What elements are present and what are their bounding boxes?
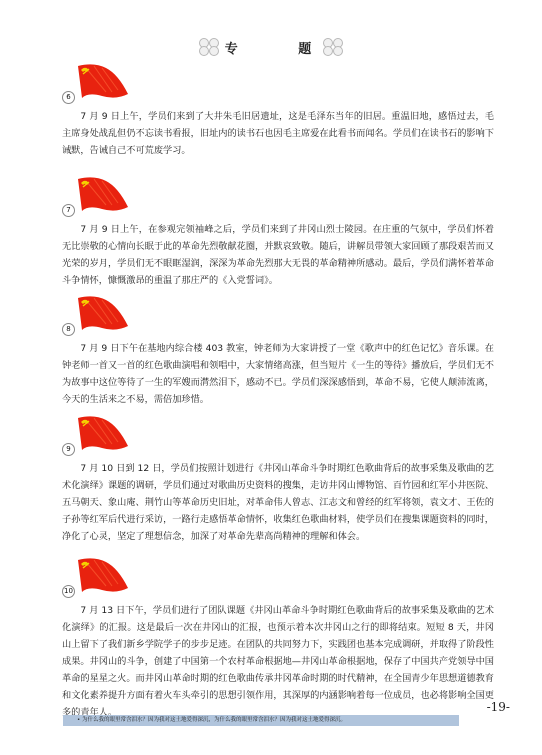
section-header: 专 题 [0,36,542,58]
entry-8: 8 7 月 9 日下午在基地内综合楼 403 教室，钟老师为大家讲授了一堂《歌声… [62,294,494,408]
section-title: 专 题 [225,38,340,57]
entry-number-badge: 9 [62,443,75,456]
footer-quote-bar: • 为什么我的眼里常含泪水？因为我对这土地爱得深沉，为什么我的眼里常含泪水？因为… [63,715,459,726]
entry-number-badge: 7 [62,204,75,217]
red-flag-icon [76,294,131,332]
entry-7: 7 7 月 9 日上午，在参观完领袖峰之后，学员们来到了井冈山烈士陵园。在庄重的… [62,175,494,289]
entry-paragraph: 7 月 9 日上午，在参观完领袖峰之后，学员们来到了井冈山烈士陵园。在庄重的气氛… [62,221,494,289]
entry-6: 6 7 月 9 日上午，学员们来到了大井朱毛旧居遗址，这是毛泽东当年的旧居。重温… [62,62,494,159]
entry-number-badge: 10 [62,585,75,598]
entry-paragraph: 7 月 10 日到 12 日，学员们按照计划进行《井冈山革命斗争时期红色歌曲背后… [62,460,494,545]
red-flag-icon [76,414,131,452]
entry-9: 9 7 月 10 日到 12 日，学员们按照计划进行《井冈山革命斗争时期红色歌曲… [62,414,494,545]
entry-paragraph: 7 月 9 日下午在基地内综合楼 403 教室，钟老师为大家讲授了一堂《歌声中的… [62,340,494,408]
clover-ornament-icon [323,38,343,56]
entry-number-badge: 8 [62,323,75,336]
clover-ornament-icon [199,38,219,56]
entry-number-badge: 6 [62,91,75,104]
red-flag-icon [76,556,131,594]
entry-paragraph: 7 月 9 日上午，学员们来到了大井朱毛旧居遗址，这是毛泽东当年的旧居。重温旧地… [62,108,494,159]
red-flag-icon [76,62,131,100]
entry-paragraph: 7 月 13 日下午，学员们进行了团队课题《井冈山革命斗争时期红色歌曲背后的故事… [62,602,494,721]
red-flag-icon [76,175,131,213]
entry-10: 10 7 月 13 日下午，学员们进行了团队课题《井冈山革命斗争时期红色歌曲背后… [62,556,494,721]
page-number: -19- [487,700,510,714]
